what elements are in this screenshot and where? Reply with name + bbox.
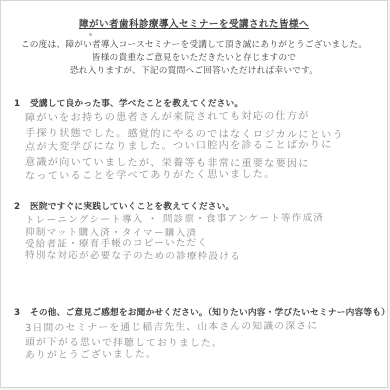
- question-2-section: 2 医院ですぐに実践していくことを教えてください。 トレーニングシート導入 ・ …: [1, 200, 387, 262]
- question-3-handwritten-answer: 3日間のセミナーを通じ稲吉先生、山本さんの知識の深さに 頭が下がる思いで拝聴して…: [25, 322, 379, 363]
- question-3-header: 3 その他、ご意見ご感想をお聞かせください。（知りたい内容・学びたいセミナー内容…: [14, 306, 387, 318]
- document-title: 障がい者歯科診療導入セミナーを受講された皆様へ: [1, 16, 387, 30]
- intro-line: 恐れ入りますが、下記の質問へご回答いただければ幸いです。: [1, 65, 387, 78]
- question-number: 2: [14, 202, 30, 212]
- question-3-section: 3 その他、ご意見ご感想をお聞かせください。（知りたい内容・学びたいセミナー内容…: [1, 306, 387, 363]
- handwritten-line: なっていることを学べてありがたく思いました。: [25, 168, 379, 185]
- handwritten-line: ありがとうございました。: [25, 346, 379, 362]
- handwritten-line: 受給者証・療育手帳のコピーいただく: [25, 236, 379, 251]
- question-1-header: 1 受講して良かった事、学べたことを教えてください。: [14, 97, 387, 109]
- handwritten-line: トレーニングシート導入 ・ 問診票・食事アンケート等作成済: [25, 212, 379, 227]
- question-label: 受講して良かった事、学べたことを教えてください。: [30, 97, 387, 109]
- intro-line: 皆様の貴重なご意見をいただきたいと存じますので: [1, 52, 387, 65]
- handwritten-line: 特別な対応が必要な子のための診療枠設ける: [25, 250, 379, 264]
- question-1-section: 1 受講して良かった事、学べたことを教えてください。 障がいをお持ちの患者さんが…: [1, 97, 387, 185]
- question-number: 1: [14, 99, 30, 109]
- question-1-handwritten-answer: 障がいをお持ちの患者さんが来院されても対応の仕方が 手探り状態でした。感覚的にや…: [25, 112, 379, 185]
- question-2-header: 2 医院ですぐに実践していくことを教えてください。: [14, 200, 387, 212]
- questionnaire-scan-page: 障がい者歯科診療導入セミナーを受講された皆様へ この度は、障がい者導入コースセミ…: [0, 0, 388, 388]
- handwritten-line: 点が大変学びになりました。つい口腔内を診ることばかりに: [25, 138, 379, 155]
- question-number: 3: [14, 308, 30, 318]
- question-label: その他、ご意見ご感想をお聞かせください。（知りたい内容・学びたいセミナー内容等も…: [30, 306, 387, 318]
- intro-paragraph: この度は、障がい者導入コースセミナーを受講して頂き誠にありがとうございました。 …: [1, 39, 387, 78]
- scan-artifact-mark: [89, 33, 92, 36]
- handwritten-line: 3日間のセミナーを通じ稲吉先生、山本さんの知識の深さに: [25, 319, 379, 335]
- handwritten-line: 障がいをお持ちの患者さんが来院されても対応の仕方が: [25, 109, 379, 126]
- intro-line: この度は、障がい者導入コースセミナーを受講して頂き誠にありがとうございました。: [1, 39, 387, 52]
- question-2-handwritten-answer: トレーニングシート導入 ・ 問診票・食事アンケート等作成済 抑制マット購入済・タ…: [25, 215, 379, 262]
- question-label: 医院ですぐに実践していくことを教えてください。: [30, 200, 387, 212]
